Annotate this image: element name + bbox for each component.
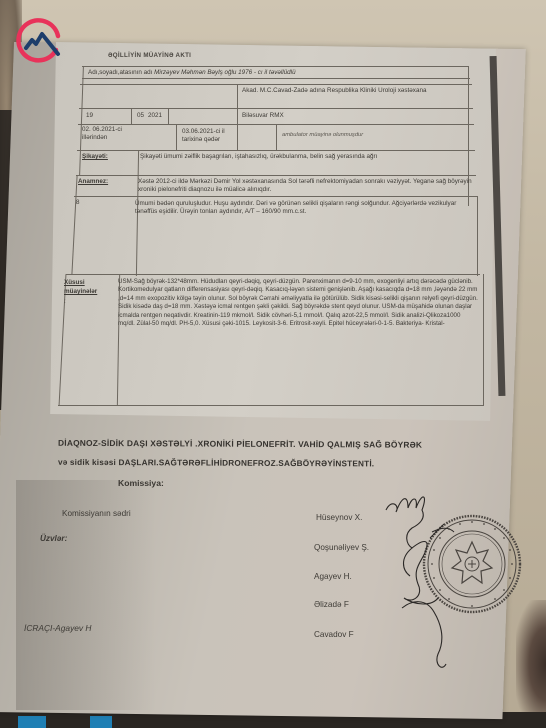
table-border — [82, 78, 470, 79]
period-to-label: tarixinə qədər — [182, 136, 274, 144]
section-text-special: USM-Sağ böyrək-132*48mm. Hüdudları qeyri… — [118, 278, 478, 328]
section-text-status: Ümumi bədən quruluşludur. Huşu aydındır.… — [135, 200, 473, 216]
patient-row: Adı,soyadı,atasının adı Mirzəyev Məhmən … — [88, 69, 468, 77]
period-from-label: illərindən — [82, 134, 174, 142]
table-border — [276, 124, 277, 150]
section-label-complaint: Şikayəti: — [82, 153, 108, 161]
section-label-status: 8 — [76, 199, 80, 207]
period-from: 02. 06.2021-ci illərindən — [82, 126, 174, 142]
section-label-special-colon: : — [64, 298, 66, 306]
signatory: Qoşunəliyev Ş. — [314, 543, 369, 552]
period-note: ambulator müayinə olunmuşdur — [282, 131, 467, 139]
table-border — [168, 108, 169, 124]
table-border — [58, 405, 484, 406]
signatory: Agayev H. — [314, 572, 352, 581]
table-border — [74, 196, 477, 197]
section-label-special: Xüsusi müayinələr — [64, 278, 116, 296]
patient-value: Mirzəyev Məhmən Bəylş oğlu 1976 - cı il … — [154, 69, 295, 76]
table-border — [80, 84, 472, 85]
signatory: Cavadov F — [314, 630, 354, 639]
period-from-date: 02. 06.2021-ci — [82, 126, 174, 134]
period-to: 03.06.2021-ci il tarixinə qədər — [182, 128, 274, 144]
table-border — [79, 108, 473, 109]
table-border — [66, 274, 480, 275]
document: ƏQİLLİYİN MÜAYİNƏ AKTI Adı,soyadı,atasın… — [0, 0, 546, 728]
table-border — [483, 274, 484, 406]
table-border — [477, 196, 478, 276]
section-text-anamnesis: Xəstə 2012-ci ildə Mərkəzi Dəmir Yol xəs… — [138, 178, 474, 194]
members-label: Üzvlər: — [40, 534, 67, 543]
diagnosis: DİAQNOZ-SİDİK DAŞI XƏSTƏLYİ .XRONİKİ PİE… — [58, 434, 528, 474]
signatory: Hüseynov X. — [316, 513, 362, 522]
table-border — [76, 175, 476, 176]
signature-icon — [382, 488, 492, 678]
table-border — [131, 108, 132, 124]
executor: İCRAÇI-Agayev H — [24, 623, 91, 633]
section-label-anamnesis: Anamnez: — [78, 178, 108, 186]
commission-label: Komissiya: — [118, 478, 164, 488]
section-label-special-text: Xüsusi müayinələr — [64, 279, 97, 295]
table-border — [82, 66, 468, 67]
section-text-complaint: Şikayəti ümumi zəiflik başagrıları, işta… — [140, 153, 470, 161]
date-day: 19 — [86, 112, 93, 120]
document-title: ƏQİLLİYİN MÜAYİNƏ AKTI — [108, 52, 191, 59]
date-year: 2021 — [148, 112, 162, 120]
table-border — [71, 175, 77, 275]
diagnosis-line-1: DİAQNOZ-SİDİK DAŞI XƏSTƏLYİ .XRONİKİ PİE… — [58, 434, 528, 455]
chair-label: Komissiyanın sədri — [62, 509, 131, 518]
date-month: 05 — [137, 112, 144, 120]
table-border — [176, 124, 177, 150]
diagnosis-line-2: və sidik kisəsi DAŞLARI.SAĞTƏRƏFLİHİDRON… — [58, 453, 528, 474]
period-to-date: 03.06.2021-ci il — [182, 128, 274, 136]
table-border — [77, 150, 475, 151]
signatory: Əlizadə F — [314, 600, 349, 609]
hospital-name: Akad. M.C.Cavad-Zadə adına Respublika Kl… — [242, 87, 464, 95]
region: Biləsuvar RMX — [242, 112, 284, 120]
patient-label: Adı,soyadı,atasının adı — [88, 69, 152, 76]
